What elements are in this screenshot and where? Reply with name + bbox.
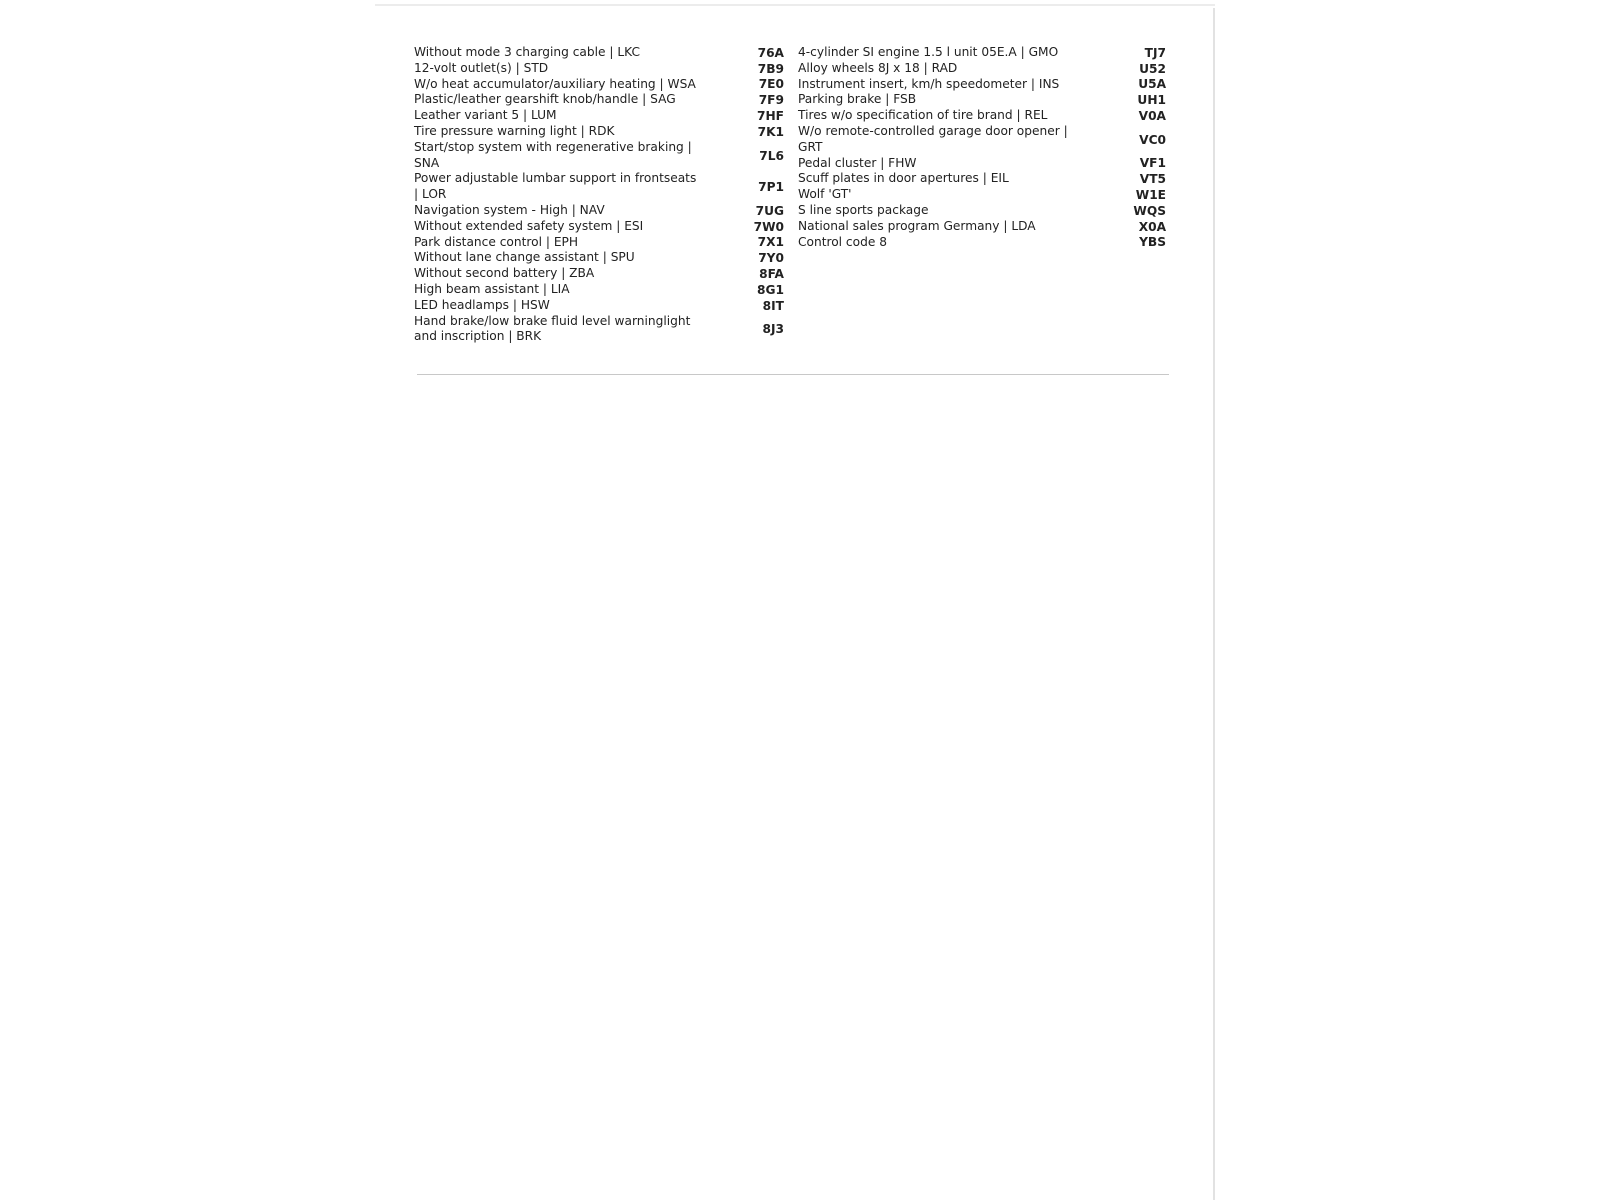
option-code: U52: [1116, 62, 1166, 76]
page-right-edge: [1213, 8, 1215, 1200]
option-row: W/o heat accumulator/auxiliary heating |…: [414, 77, 784, 93]
option-row: Hand brake/low brake fluid level warning…: [414, 314, 784, 346]
options-left-column: Without mode 3 charging cable | LKC76A12…: [414, 45, 784, 345]
option-description: Tires w/o specification of tire brand | …: [798, 108, 1088, 124]
option-description: W/o heat accumulator/auxiliary heating |…: [414, 77, 699, 93]
option-description: Plastic/leather gearshift knob/handle | …: [414, 92, 699, 108]
option-description: 12-volt outlet(s) | STD: [414, 61, 699, 77]
option-row: Navigation system - High | NAV7UG: [414, 203, 784, 219]
option-description: Wolf 'GT': [798, 187, 1088, 203]
option-description: Tire pressure warning light | RDK: [414, 124, 699, 140]
option-row: Wolf 'GT'W1E: [798, 187, 1166, 203]
option-description: 4-cylinder SI engine 1.5 l unit 05E.A | …: [798, 45, 1088, 61]
option-code: 8J3: [734, 322, 784, 336]
option-code: 7UG: [734, 204, 784, 218]
page-top-edge: [375, 4, 1215, 6]
option-description: Parking brake | FSB: [798, 92, 1088, 108]
options-right-column: 4-cylinder SI engine 1.5 l unit 05E.A | …: [798, 45, 1166, 250]
option-row: Park distance control | EPH7X1: [414, 235, 784, 251]
option-code: 7B9: [734, 62, 784, 76]
option-row: National sales program Germany | LDAX0A: [798, 219, 1166, 235]
option-description: LED headlamps | HSW: [414, 298, 699, 314]
option-code: VC0: [1116, 133, 1166, 147]
option-row: Without lane change assistant | SPU7Y0: [414, 250, 784, 266]
option-row: Alloy wheels 8J x 18 | RADU52: [798, 61, 1166, 77]
option-row: Leather variant 5 | LUM7HF: [414, 108, 784, 124]
option-row: Start/stop system with regenerative brak…: [414, 140, 784, 172]
option-code: 7E0: [734, 77, 784, 91]
option-description: Park distance control | EPH: [414, 235, 699, 251]
option-code: 76A: [734, 46, 784, 60]
option-description: Control code 8: [798, 235, 1088, 251]
option-row: LED headlamps | HSW8IT: [414, 298, 784, 314]
option-description: W/o remote-controlled garage door opener…: [798, 124, 1088, 156]
option-row: Tire pressure warning light | RDK7K1: [414, 124, 784, 140]
option-code: U5A: [1116, 77, 1166, 91]
option-code: X0A: [1116, 220, 1166, 234]
option-code: 7P1: [734, 180, 784, 194]
option-description: Leather variant 5 | LUM: [414, 108, 699, 124]
option-description: Instrument insert, km/h speedometer | IN…: [798, 77, 1088, 93]
option-row: Instrument insert, km/h speedometer | IN…: [798, 77, 1166, 93]
option-code: VF1: [1116, 156, 1166, 170]
option-code: 7Y0: [734, 251, 784, 265]
option-code: YBS: [1116, 235, 1166, 249]
option-description: Power adjustable lumbar support in front…: [414, 171, 699, 203]
option-row: S line sports packageWQS: [798, 203, 1166, 219]
option-description: S line sports package: [798, 203, 1088, 219]
option-description: Navigation system - High | NAV: [414, 203, 699, 219]
option-row: High beam assistant | LIA8G1: [414, 282, 784, 298]
option-code: 7X1: [734, 235, 784, 249]
option-row: 4-cylinder SI engine 1.5 l unit 05E.A | …: [798, 45, 1166, 61]
option-row: Without mode 3 charging cable | LKC76A: [414, 45, 784, 61]
option-code: 7F9: [734, 93, 784, 107]
option-code: 8FA: [734, 267, 784, 281]
option-description: Without mode 3 charging cable | LKC: [414, 45, 699, 61]
option-row: Scuff plates in door apertures | EILVT5: [798, 171, 1166, 187]
option-code: 7K1: [734, 125, 784, 139]
option-code: 7L6: [734, 149, 784, 163]
option-code: 8IT: [734, 299, 784, 313]
option-description: Start/stop system with regenerative brak…: [414, 140, 699, 172]
option-code: UH1: [1116, 93, 1166, 107]
option-description: Without extended safety system | ESI: [414, 219, 699, 235]
option-code: V0A: [1116, 109, 1166, 123]
option-code: TJ7: [1116, 46, 1166, 60]
option-row: Pedal cluster | FHWVF1: [798, 156, 1166, 172]
option-code: 7W0: [734, 220, 784, 234]
option-code: VT5: [1116, 172, 1166, 186]
option-row: Plastic/leather gearshift knob/handle | …: [414, 92, 784, 108]
option-code: 8G1: [734, 283, 784, 297]
option-description: Without second battery | ZBA: [414, 266, 699, 282]
option-description: Pedal cluster | FHW: [798, 156, 1088, 172]
option-description: Alloy wheels 8J x 18 | RAD: [798, 61, 1088, 77]
option-code: 7HF: [734, 109, 784, 123]
option-row: Tires w/o specification of tire brand | …: [798, 108, 1166, 124]
option-row: Power adjustable lumbar support in front…: [414, 171, 784, 203]
option-row: Parking brake | FSBUH1: [798, 92, 1166, 108]
option-description: Without lane change assistant | SPU: [414, 250, 699, 266]
option-row: Control code 8YBS: [798, 235, 1166, 251]
option-description: Scuff plates in door apertures | EIL: [798, 171, 1088, 187]
option-row: Without extended safety system | ESI7W0: [414, 219, 784, 235]
option-code: W1E: [1116, 188, 1166, 202]
option-row: W/o remote-controlled garage door opener…: [798, 124, 1166, 156]
option-description: Hand brake/low brake fluid level warning…: [414, 314, 699, 346]
option-description: High beam assistant | LIA: [414, 282, 699, 298]
section-divider: [417, 374, 1169, 375]
option-row: 12-volt outlet(s) | STD7B9: [414, 61, 784, 77]
option-description: National sales program Germany | LDA: [798, 219, 1088, 235]
option-row: Without second battery | ZBA8FA: [414, 266, 784, 282]
option-code: WQS: [1116, 204, 1166, 218]
